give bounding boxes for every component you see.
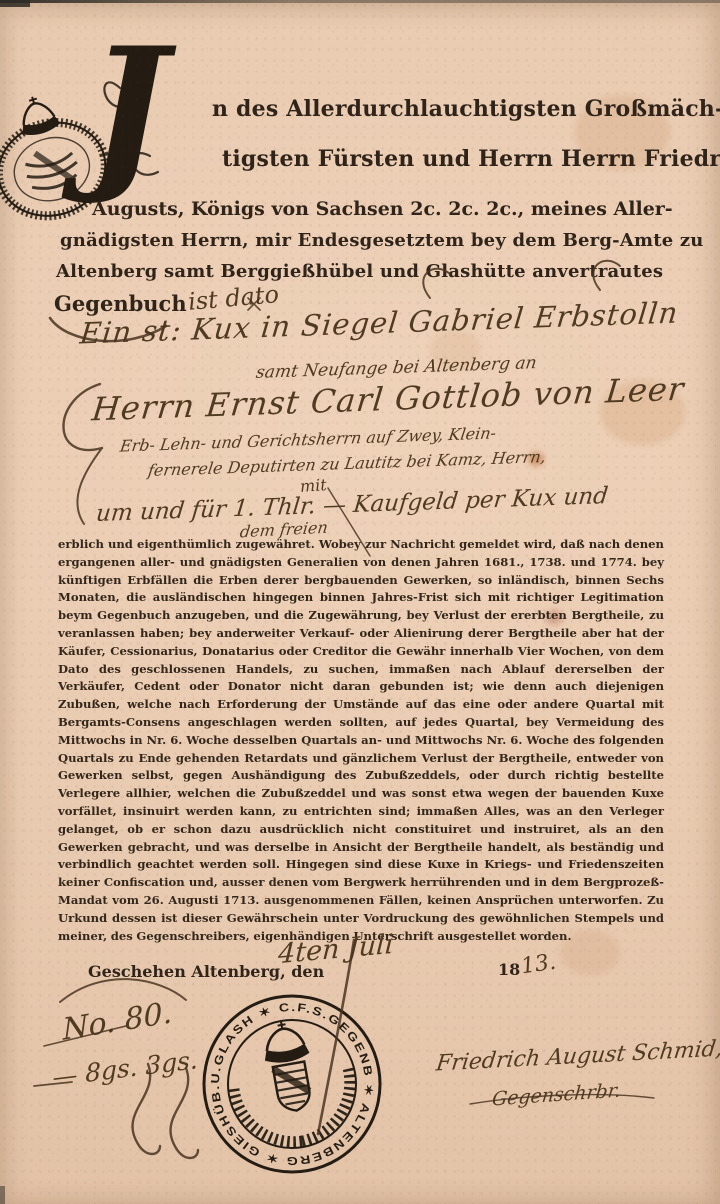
handwritten-year: 13. xyxy=(519,950,557,980)
footer-year-printed: 18 xyxy=(498,960,520,979)
header-line-6: Gegenbuch xyxy=(54,291,187,316)
header-line-3: Augusts, Königs von Sachsen 2c. 2c. 2c.,… xyxy=(92,198,673,220)
drop-cap-initial: J xyxy=(88,34,168,185)
handwritten-grant-line-2: Herrn Ernst Carl Gottlob von Leer xyxy=(90,370,686,429)
header-line-1: n des Allerdurchlauchtigsten Großmäch- xyxy=(212,96,720,122)
scan-edge-top xyxy=(0,0,720,3)
signature-name: Friedrich August Schmid, xyxy=(435,1036,720,1076)
counterbook-seal-stamp-icon: C.F.S.GEGENB ✶ ALTENBERG ✶ GIESHÜB.U.GLA… xyxy=(198,990,386,1178)
handwritten-price-line: um und für 1. Thlr. — Kaufgeld per Kux u… xyxy=(95,483,610,527)
scan-edge-corner xyxy=(0,1186,5,1204)
handwritten-number: No. 80. xyxy=(62,995,173,1047)
signature-title: Gegenschrbr. xyxy=(491,1079,622,1110)
handwritten-fee: — 8gs. 3gs. xyxy=(52,1045,198,1092)
document-scan: J n des Allerdurchlauchtigsten Großmäch-… xyxy=(0,0,720,1204)
header-line-4: gnädigsten Herrn, mir Endesgesetztem bey… xyxy=(60,230,704,251)
body-paragraph: erblich und eigenthümlich zugewähret. Wo… xyxy=(58,536,664,950)
scan-edge-corner xyxy=(0,0,30,7)
header-line-5: Altenberg samt Berggießhübel und Glashüt… xyxy=(56,261,663,282)
header-line-2: tigsten Fürsten und Herrn Herrn Friedric… xyxy=(222,146,720,172)
